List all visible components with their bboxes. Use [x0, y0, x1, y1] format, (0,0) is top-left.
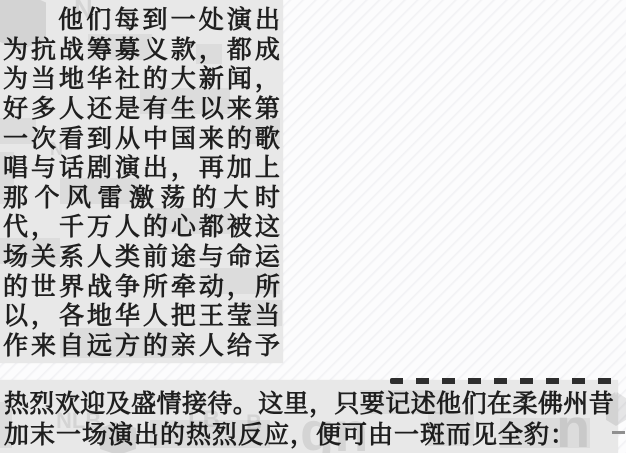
- glyph: 与: [31, 156, 56, 181]
- glyph: 莹: [227, 304, 252, 329]
- glyph: 世: [31, 275, 56, 300]
- glyph: 要: [360, 392, 385, 417]
- glyph: 筹: [87, 38, 112, 63]
- glyph: 新: [199, 67, 224, 92]
- text-line: 的世界战争所牵动，所: [3, 272, 280, 302]
- glyph: 大: [171, 67, 196, 92]
- glyph: 佛: [538, 392, 563, 417]
- glyph: 义: [143, 38, 168, 63]
- text-line: 为抗战筹募义款，都成: [3, 36, 280, 66]
- glyph: 他: [58, 8, 83, 33]
- glyph: 昔: [589, 392, 614, 417]
- text-line: 场关系人类前途与命运: [3, 243, 280, 273]
- text-line: 一次看到从中国来的歌: [3, 124, 280, 154]
- glyph: 个: [34, 186, 59, 211]
- glyph: 风: [66, 186, 91, 211]
- glyph: 来: [199, 127, 224, 152]
- glyph: 人: [143, 304, 168, 329]
- text-line: 唱与话剧演出，再加上: [3, 154, 280, 184]
- glyph: ，: [31, 215, 56, 240]
- glyph: 来: [31, 334, 56, 359]
- glyph: 类: [115, 245, 140, 270]
- text-line: 作来自远方的亲人给予: [3, 332, 280, 362]
- glyph: 烈: [29, 392, 54, 417]
- edge-dash-fragment: [612, 431, 625, 434]
- glyph: 这: [255, 215, 280, 240]
- glyph: 及: [106, 392, 131, 417]
- glyph: 为: [3, 67, 28, 92]
- glyph: 荡: [160, 186, 185, 211]
- glyph: 接: [182, 392, 207, 417]
- glyph: 记: [385, 392, 410, 417]
- glyph: ，: [255, 67, 280, 92]
- glyph: 每: [114, 8, 139, 33]
- glyph: 争: [115, 275, 140, 300]
- glyph: 第: [255, 97, 280, 122]
- glyph: 剧: [87, 156, 112, 181]
- glyph: 社: [115, 67, 140, 92]
- glyph: 出: [143, 156, 168, 181]
- glyph: 热: [4, 392, 29, 417]
- glyph: 到: [87, 127, 112, 152]
- glyph: 代: [3, 215, 28, 240]
- text-line: 为当地华社的大新闻，: [3, 65, 280, 95]
- glyph: 前: [143, 245, 168, 270]
- glyph: 盛: [131, 392, 156, 417]
- glyph: 一: [3, 127, 28, 152]
- glyph: 途: [171, 245, 196, 270]
- glyph: 那: [3, 186, 28, 211]
- glyph: 运: [255, 245, 280, 270]
- glyph: 以: [199, 97, 224, 122]
- scan-bottom-paragraph: 热烈欢迎及盛情接待。这里，只要记述他们在柔佛州昔加末一场演出的热烈反应，便可由一…: [0, 380, 618, 453]
- glyph: 把: [171, 304, 196, 329]
- glyph: 处: [199, 8, 224, 33]
- scan-text-column: 他们每到一处演出为抗战筹募义款，都成为当地华社的大新闻，好多人还是有生以来第一次…: [0, 0, 283, 363]
- glyph: 只: [334, 392, 359, 417]
- glyph: 唱: [3, 156, 28, 181]
- glyph: 成: [255, 38, 280, 63]
- glyph: 中: [143, 127, 168, 152]
- glyph: 话: [59, 156, 84, 181]
- glyph: 各: [59, 304, 84, 329]
- glyph: 战: [87, 275, 112, 300]
- glyph: 们: [462, 392, 487, 417]
- glyph: 系: [59, 245, 84, 270]
- glyph: 的: [143, 215, 168, 240]
- glyph: 闻: [227, 67, 252, 92]
- glyph: 战: [59, 38, 84, 63]
- glyph: 华: [115, 304, 140, 329]
- glyph: 所: [143, 275, 168, 300]
- glyph: 歌: [255, 127, 280, 152]
- text-line: 加末一场演出的热烈反应，便可由一斑而见全豹：: [4, 420, 614, 452]
- glyph: 欢: [55, 392, 80, 417]
- glyph: 关: [31, 245, 56, 270]
- glyph: ，: [227, 275, 252, 300]
- glyph: 王: [199, 304, 224, 329]
- glyph: 人: [59, 97, 84, 122]
- glyph: 千: [59, 215, 84, 240]
- paragraph-indent: [3, 20, 55, 21]
- glyph: 从: [115, 127, 140, 152]
- glyph: 国: [171, 127, 196, 152]
- glyph: 情: [157, 392, 182, 417]
- text-line: 那个风雷激荡的大时: [3, 184, 280, 214]
- glyph: 抗: [31, 38, 56, 63]
- text-line: 热烈欢迎及盛情接待。这里，只要记述他们在柔佛州昔: [4, 388, 614, 420]
- glyph: 亲: [171, 334, 196, 359]
- glyph: 当: [255, 304, 280, 329]
- glyph: 时: [255, 186, 280, 211]
- glyph: ，: [309, 392, 334, 417]
- glyph: 。: [233, 392, 258, 417]
- glyph: 来: [227, 97, 252, 122]
- glyph: 大: [223, 186, 248, 211]
- glyph: 募: [115, 38, 140, 63]
- glyph: 地: [87, 304, 112, 329]
- glyph: 迎: [80, 392, 105, 417]
- glyph: 款: [171, 38, 196, 63]
- glyph: 次: [31, 127, 56, 152]
- glyph: 在: [487, 392, 512, 417]
- glyph: 的: [227, 127, 252, 152]
- glyph: 的: [192, 186, 217, 211]
- glyph: 都: [199, 215, 224, 240]
- glyph: 自: [59, 334, 84, 359]
- glyph: 多: [31, 97, 56, 122]
- glyph: 到: [142, 8, 167, 33]
- cropped-line-fragments: [390, 378, 618, 384]
- glyph: ，: [31, 304, 56, 329]
- glyph: 这: [258, 392, 283, 417]
- glyph: 当: [31, 67, 56, 92]
- text-line: 他们每到一处演出: [3, 6, 280, 36]
- glyph: 还: [87, 97, 112, 122]
- glyph: 生: [171, 97, 196, 122]
- glyph: 所: [255, 275, 280, 300]
- glyph: 地: [59, 67, 84, 92]
- glyph: 演: [227, 8, 252, 33]
- glyph: 都: [227, 38, 252, 63]
- glyph: 命: [227, 245, 252, 270]
- glyph: 有: [143, 97, 168, 122]
- glyph: 待: [207, 392, 232, 417]
- glyph: 为: [3, 38, 28, 63]
- glyph: 的: [143, 67, 168, 92]
- glyph: 人: [115, 215, 140, 240]
- glyph: 以: [3, 304, 28, 329]
- glyph: 远: [87, 334, 112, 359]
- glyph: 一: [171, 8, 196, 33]
- glyph: 激: [129, 186, 154, 211]
- glyph: 被: [227, 215, 252, 240]
- glyph: 们: [86, 8, 111, 33]
- glyph: 出: [255, 8, 280, 33]
- glyph: 里: [284, 392, 309, 417]
- glyph: 牵: [171, 275, 196, 300]
- glyph: 述: [411, 392, 436, 417]
- glyph: 好: [3, 97, 28, 122]
- glyph: 看: [59, 127, 84, 152]
- glyph: 作: [3, 334, 28, 359]
- glyph: 万: [87, 215, 112, 240]
- glyph: 雷: [97, 186, 122, 211]
- glyph: 予: [255, 334, 280, 359]
- text-line: 以，各地华人把王莹当: [3, 302, 280, 332]
- glyph: 是: [115, 97, 140, 122]
- glyph: 州: [563, 392, 588, 417]
- glyph: ，: [171, 156, 196, 181]
- glyph: 心: [171, 215, 196, 240]
- glyph: 的: [143, 334, 168, 359]
- glyph: 动: [199, 275, 224, 300]
- glyph: 演: [115, 156, 140, 181]
- glyph: 人: [87, 245, 112, 270]
- glyph: 柔: [512, 392, 537, 417]
- glyph: 华: [87, 67, 112, 92]
- text-line: 代，千万人的心都被这: [3, 213, 280, 243]
- glyph: 再: [199, 156, 224, 181]
- glyph: 加: [227, 156, 252, 181]
- glyph: 场: [3, 245, 28, 270]
- glyph: 与: [199, 245, 224, 270]
- glyph: ，: [199, 38, 224, 63]
- glyph: 给: [227, 334, 252, 359]
- glyph: 方: [115, 334, 140, 359]
- glyph: 人: [199, 334, 224, 359]
- glyph: 上: [255, 156, 280, 181]
- glyph: 他: [436, 392, 461, 417]
- glyph: 的: [3, 275, 28, 300]
- text-line: 好多人还是有生以来第: [3, 95, 280, 125]
- glyph: 界: [59, 275, 84, 300]
